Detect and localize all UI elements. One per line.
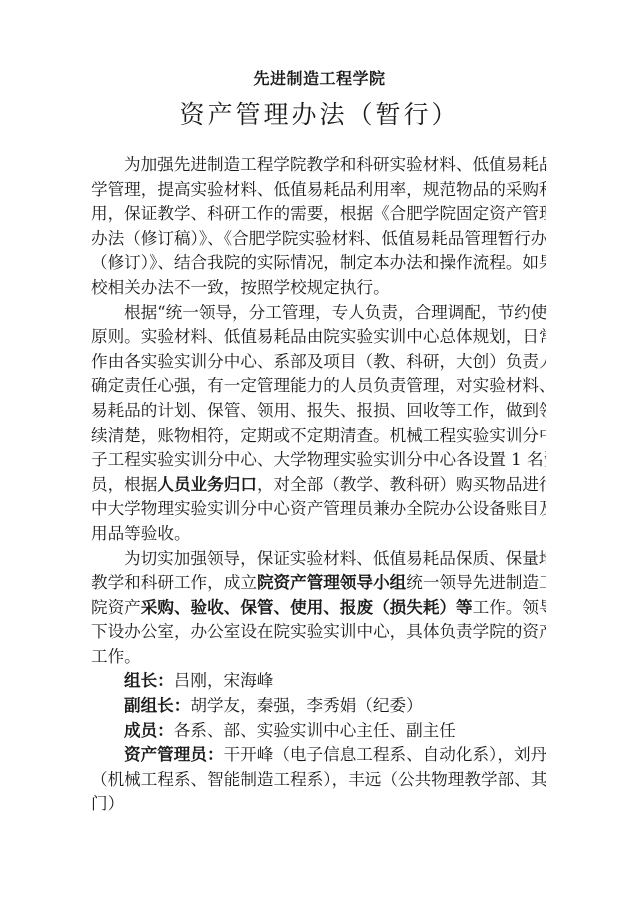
document-body: 为加强先进制造工程学院教学和科研实验材料、低值易耗品的科 学管理，提高实验材料、… — [91, 153, 546, 817]
text-line: 工作。 — [91, 645, 546, 670]
label: 组长： — [124, 671, 174, 690]
value: 吕刚，宋海峰 — [174, 671, 274, 690]
text-line: 确定责任心强，有一定管理能力的人员负责管理，对实验材料、低值品、 — [91, 374, 546, 399]
text-span: 统一领导先进制造工程学 — [406, 573, 546, 592]
text-line: 办法（修订稿）》、《合肥学院实验材料、低值易耗品管理暂行办法 — [91, 227, 546, 252]
text-line: 员，根据人员业务归口，对全部（教学、教科研）购买物品进行验收，其 — [91, 473, 546, 498]
text-line: （机械工程系、智能制造工程系），丰远（公共物理教学部、其他部 — [91, 768, 546, 793]
text-line: （修订）》、结合我院的实际情况，制定本办法和操作流程。如果和学 — [91, 251, 546, 276]
label: 副组长： — [124, 696, 190, 715]
text-line: 子工程实验实训分中心、大学物理实验实训分中心各设置 1 名资产管理 — [91, 448, 546, 473]
text-line: 学管理，提高实验材料、低值易耗品利用率，规范物品的采购和使 — [91, 178, 546, 203]
text-line: 门） — [91, 792, 546, 817]
paragraph-principles: 根据“统一领导，分工管理，专人负责，合理调配，节约使用”的 原则。实验材料、低值… — [91, 301, 546, 547]
paragraph-leadership: 为切实加强领导，保证实验材料、低值易耗品保质、保量地服务 教学和科研工作，成立院… — [91, 547, 546, 670]
text-line: 为加强先进制造工程学院教学和科研实验材料、低值易耗品的科 — [91, 153, 546, 178]
value: 各系、部、实验实训中心主任、副主任 — [174, 721, 456, 740]
text-span: ，对全部（教学、教科研）购买物品进行验收，其 — [257, 475, 546, 494]
group-members-list: 组长：吕刚，宋海峰 副组长：胡学友，秦强，李秀娟（纪委） 成员：各系、部、实验实… — [91, 669, 546, 817]
text-line: 原则。实验材料、低值易耗品由院实验实训中心总体规划，日常管理工 — [91, 325, 546, 350]
text-line: 作由各实验实训分中心、系部及项目（教、科研，大创）负责人负责， — [91, 350, 546, 375]
text-line: 校相关办法不一致，按照学校规定执行。 — [91, 276, 546, 301]
paragraph-purpose: 为加强先进制造工程学院教学和科研实验材料、低值易耗品的科 学管理，提高实验材料、… — [91, 153, 546, 301]
text-line: 院资产采购、验收、保管、使用、报废（损失耗）等工作。领导小组 — [91, 596, 546, 621]
text-line: 下设办公室，办公室设在院实验实训中心，具体负责学院的资产管理 — [91, 620, 546, 645]
text-span: 教学和科研工作，成立 — [91, 573, 257, 592]
text-line: 用品等验收。 — [91, 522, 546, 547]
text-span: 员，根据 — [91, 475, 157, 494]
group-deputy: 副组长：胡学友，秦强，李秀娟（纪委） — [91, 694, 546, 719]
text-line: 为切实加强领导，保证实验材料、低值易耗品保质、保量地服务 — [91, 547, 546, 572]
group-asset-admins: 资产管理员：干开峰（电子信息工程系、自动化系），刘丹萍 — [91, 743, 546, 768]
value: 胡学友，秦强，李秀娟（纪委） — [190, 696, 422, 715]
text-line: 教学和科研工作，成立院资产管理领导小组统一领导先进制造工程学 — [91, 571, 546, 596]
text-span: 工作。领导小组 — [473, 598, 546, 617]
text-line: 中大学物理实验实训分中心资产管理员兼办全院办公设备账目及办公 — [91, 497, 546, 522]
text-span: 院资产 — [91, 598, 141, 617]
document-title: 资产管理办法（暂行） — [0, 95, 639, 131]
text-line: 用，保证教学、科研工作的需要，根据《合肥学院固定资产管理暂行 — [91, 202, 546, 227]
label: 资产管理员： — [124, 745, 224, 764]
text-line: 根据“统一领导，分工管理，专人负责，合理调配，节约使用”的 — [91, 301, 546, 326]
text-line: 续清楚，账物相符，定期或不定期清查。机械工程实验实训分中心、电 — [91, 424, 546, 449]
org-name: 先进制造工程学院 — [0, 66, 639, 89]
text-line: 易耗品的计划、保管、领用、报失、报损、回收等工作，做到领、借手 — [91, 399, 546, 424]
group-leader: 组长：吕刚，宋海峰 — [91, 669, 546, 694]
bold-emphasis: 人员业务归口 — [157, 475, 257, 494]
bold-emphasis: 采购、验收、保管、使用、报废（损失耗）等 — [141, 598, 473, 617]
bold-emphasis: 院资产管理领导小组 — [257, 573, 406, 592]
value: 干开峰（电子信息工程系、自动化系），刘丹萍 — [224, 745, 546, 764]
label: 成员： — [124, 721, 174, 740]
group-members: 成员：各系、部、实验实训中心主任、副主任 — [91, 719, 546, 744]
